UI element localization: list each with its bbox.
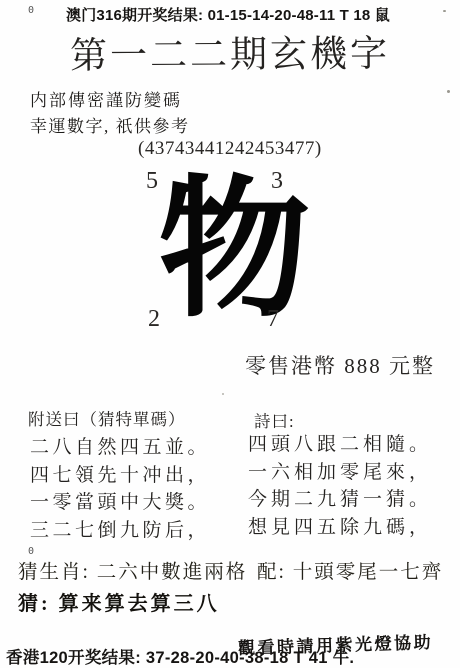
corner-number-top-left: 5 (146, 168, 158, 194)
note-lucky-numbers: 幸運數字, 祇供參考 (30, 112, 190, 137)
left-poem-column: 二八自然四五並。 四七領先十冲出， 一零當頭中大獎。 三二七倒九防后， (30, 434, 210, 544)
zodiac-guess-line: 猜生肖: 二六中數進兩格 (18, 556, 247, 584)
scan-speck (222, 393, 224, 395)
poem-line: 一六相加零尾來， (248, 459, 432, 487)
mystery-character: 物 (158, 172, 310, 332)
page-title: 第一二二期玄機字 (0, 22, 460, 79)
scan-speck (443, 10, 446, 12)
poem-line: 三二七倒九防后， (30, 517, 210, 545)
poem-line: 一零當頭中大獎。 (30, 489, 210, 517)
lucky-number-string: (43743441242453477) (138, 138, 322, 160)
poem-line: 想見四五除九碼， (248, 514, 432, 542)
macau-draw-result: 澳门316期开奖结果: 01-15-14-20-48-11 T 18 鼠 (66, 4, 390, 25)
top-corner-mark: 0 (28, 5, 34, 16)
right-column-header: 詩曰: (254, 408, 295, 432)
poem-line: 今期二九猜一猜。 (248, 486, 432, 514)
corner-number-bottom-left: 2 (148, 306, 160, 332)
poem-line: 四七領先十冲出， (30, 462, 210, 490)
pair-hint-line: 配: 十頭零尾一七齊 (257, 556, 443, 584)
poem-line: 二八自然四五並。 (30, 434, 210, 462)
retail-price-line: 零售港幣 888 元整 (245, 350, 435, 380)
tip-sheet-page: 0 澳门316期开奖结果: 01-15-14-20-48-11 T 18 鼠 第… (0, 0, 460, 668)
number-guess-line: 猜: 算来算去算三八 (18, 587, 220, 616)
left-column-header: 附送曰（猜特單碼） (28, 406, 186, 430)
scan-speck (447, 90, 450, 93)
corner-number-bottom-right: 7 (267, 306, 279, 332)
hongkong-draw-result: 香港120开奖结果: 37-28-20-40-38-18 T 41 牛. (6, 644, 354, 668)
note-internal-code: 内部傳密謹防變碼 (30, 86, 182, 111)
right-poem-column: 四頭八跟二相隨。 一六相加零尾來， 今期二九猜一猜。 想見四五除九碼， (248, 431, 432, 541)
poem-line: 四頭八跟二相隨。 (248, 431, 432, 459)
